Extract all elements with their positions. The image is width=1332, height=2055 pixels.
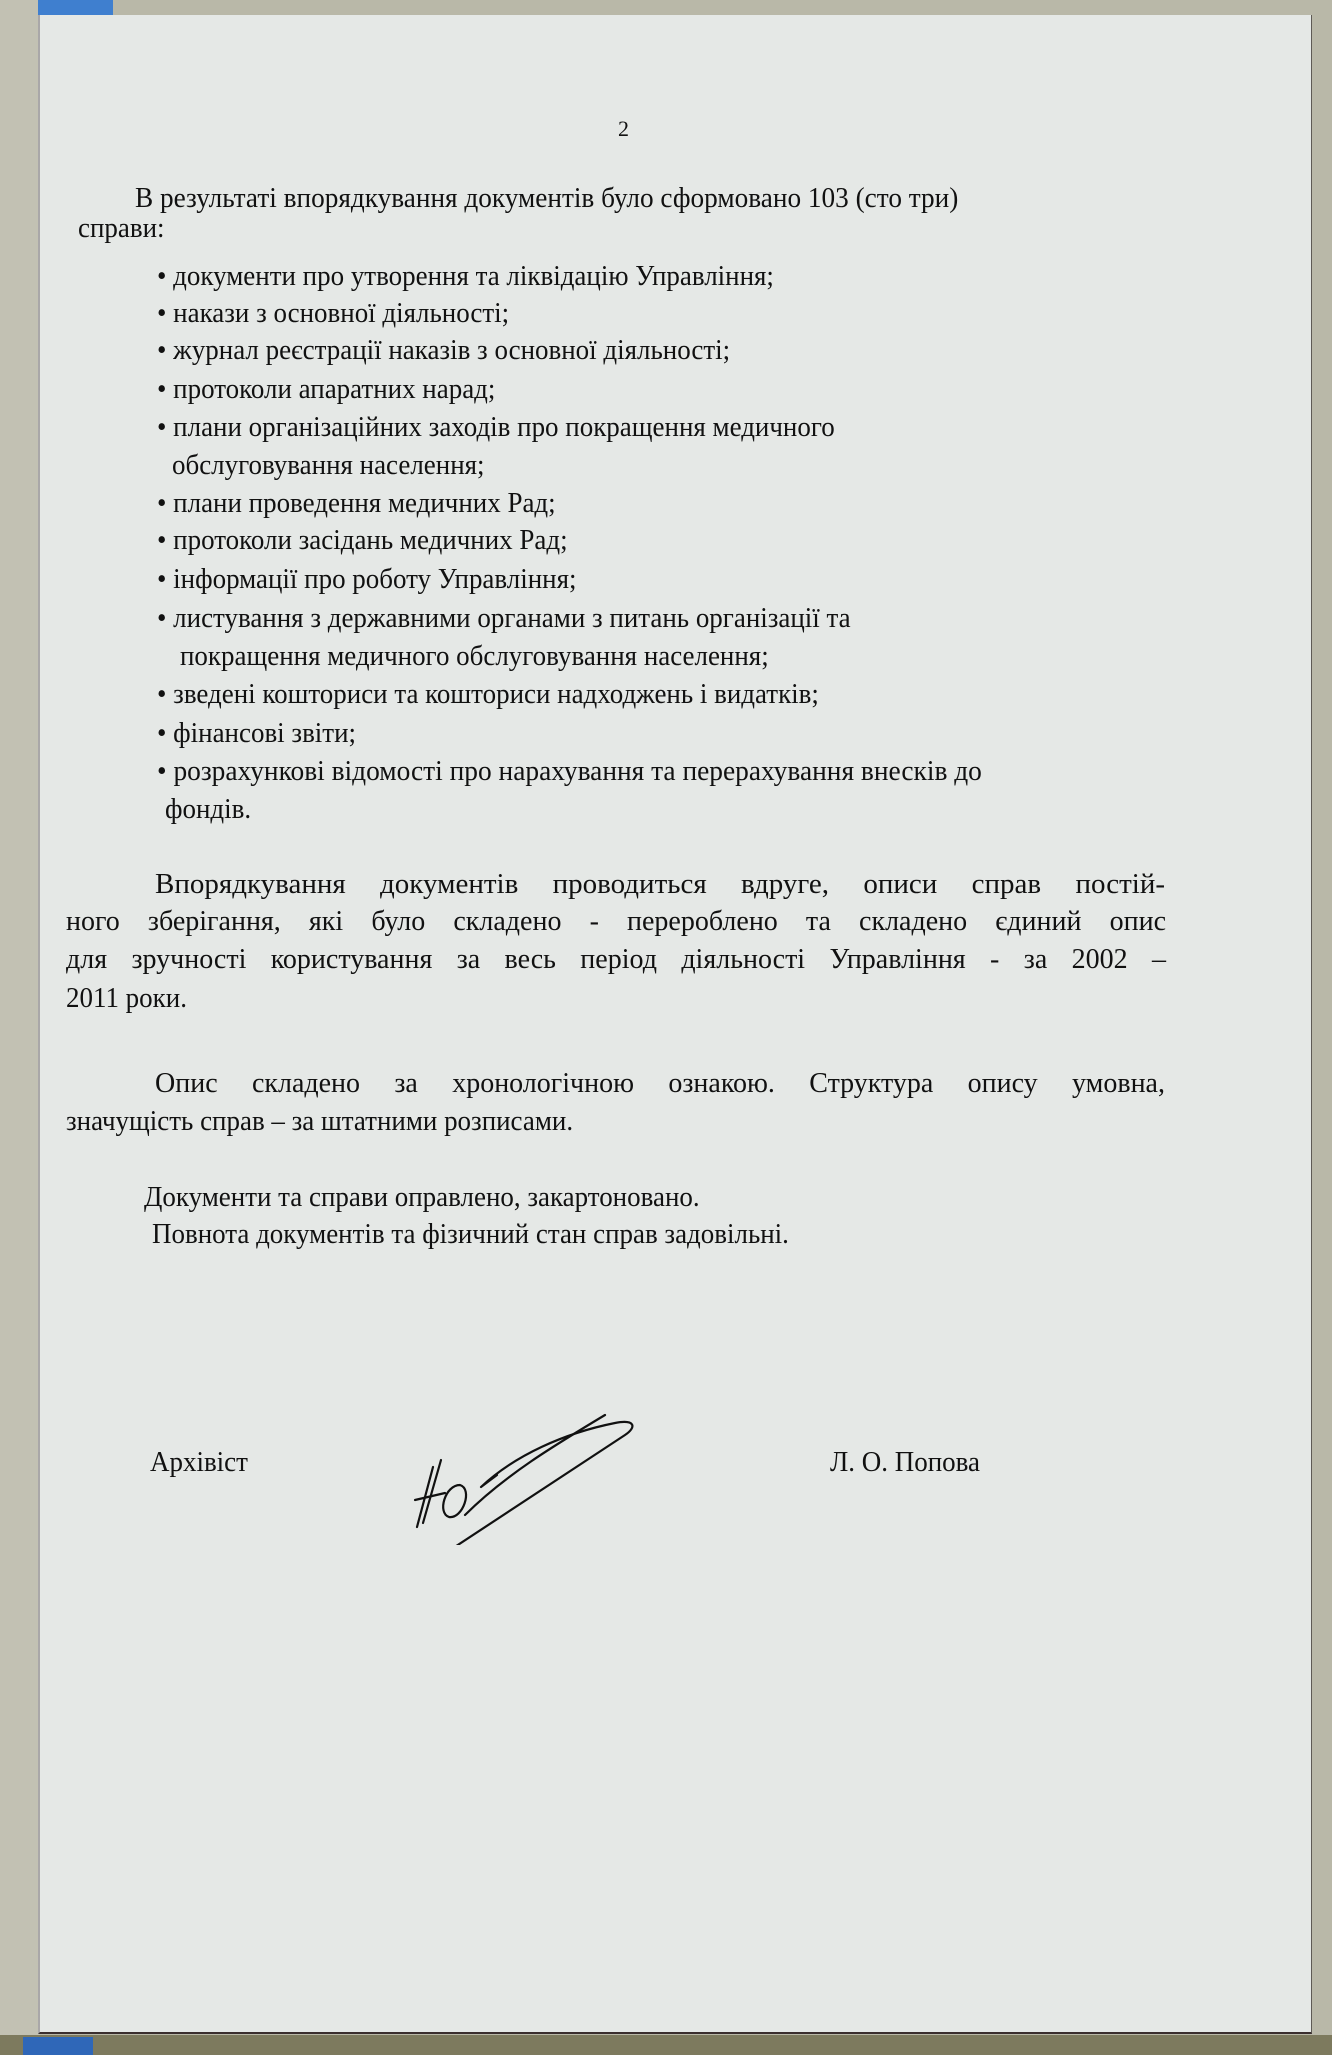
para3-line-1: Опис складено за хронологічною ознакою. …: [155, 1067, 1165, 1101]
list-item: • плани організаційних заходів про покра…: [157, 410, 835, 444]
page-number: 2: [618, 112, 629, 146]
list-item: • зведені кошториси та кошториси надходж…: [157, 677, 819, 711]
para2-line-3: для зручності користування за весь періо…: [66, 943, 1166, 977]
binder-tab-bottom: [23, 2037, 93, 2055]
list-item: • фінансові звіти;: [157, 716, 356, 750]
para3-line-2: значущість справ – за штатними розписами…: [66, 1104, 573, 1138]
intro-line-2: справи:: [78, 211, 165, 245]
list-item: • журнал реєстрації наказів з основної д…: [157, 333, 730, 367]
para2-line-4: 2011 роки.: [66, 981, 187, 1015]
signature-icon: [405, 1405, 645, 1545]
list-item-continuation: покращення медичного обслуговування насе…: [180, 639, 769, 673]
binder-tab-top: [38, 0, 113, 15]
list-item: • листування з державними органами з пит…: [157, 601, 851, 635]
list-item: • плани проведення медичних Рад;: [157, 486, 556, 520]
para2-line-2: ного зберігання, які було складено - пер…: [66, 905, 1166, 939]
list-item: • розрахункові відомості про нарахування…: [157, 754, 982, 788]
list-item: • документи про утворення та ліквідацію …: [157, 259, 774, 293]
signer-position: Архівіст: [150, 1445, 248, 1479]
para2-line-1: Впорядкування документів проводиться вдр…: [155, 867, 1165, 901]
para4-line-1: Документи та справи оправлено, закартоно…: [144, 1180, 700, 1214]
signer-name: Л. О. Попова: [830, 1445, 980, 1479]
list-item-continuation: фондів.: [165, 792, 251, 826]
para4-line-2: Повнота документів та фізичний стан спра…: [152, 1217, 789, 1251]
list-item-continuation: обслуговування населення;: [172, 448, 485, 482]
list-item: • протоколи апаратних нарад;: [157, 372, 495, 406]
background-bottom: [0, 2035, 1332, 2055]
list-item: • інформації про роботу Управління;: [157, 562, 577, 596]
list-item: • протоколи засідань медичних Рад;: [157, 523, 568, 557]
list-item: • накази з основної діяльності;: [157, 296, 509, 330]
intro-line-1: В результаті впорядкування документів бу…: [135, 181, 958, 215]
background-left: [0, 0, 40, 2055]
